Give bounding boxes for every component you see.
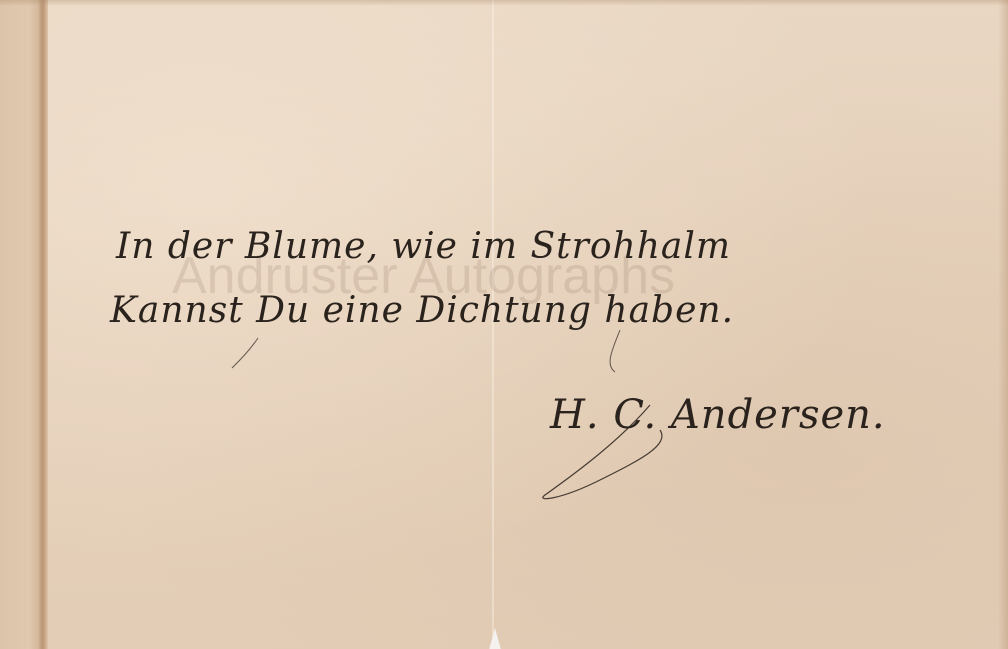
- paper-sheet: Andruster Autographs In der Blume, wie i…: [0, 0, 1008, 649]
- signature-flourish: [0, 0, 1008, 649]
